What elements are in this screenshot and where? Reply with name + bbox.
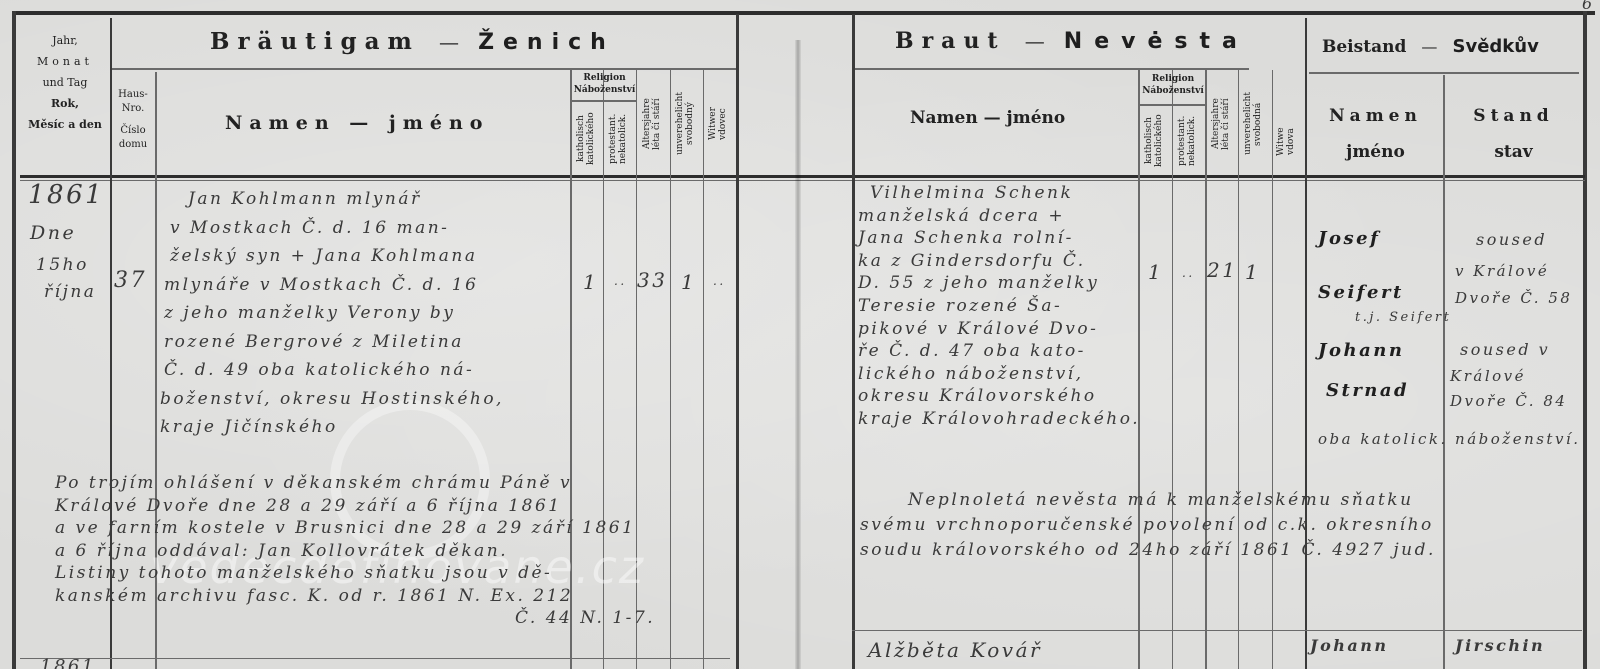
witness-stand-header: Stand stav (1446, 98, 1581, 170)
witness-4-stand: Králové Dvoře Č. 84 (1450, 364, 1580, 414)
register-page: 6 vedecdefinovane.cz Jahr, Monat und Tag… (0, 0, 1600, 669)
entry-year: 1861 (28, 180, 104, 210)
bride-single-mark: 1 (1245, 260, 1260, 284)
entry-day-label: Dne (30, 222, 76, 244)
marriage-notes-right: Neplnoletá nevěsta má k manželskému sňat… (860, 488, 1436, 563)
single-header-bride: unverehelichtsvobodná (1243, 75, 1263, 173)
entry-day: 15ho (36, 255, 89, 275)
age-header-groom: Altersjahreléta či stáří (642, 75, 662, 173)
protestant-header-groom: protestant.nekatolick. (608, 105, 628, 173)
witness-name-header: Namen jméno (1308, 98, 1443, 170)
witness-1-stand: soused (1476, 230, 1547, 249)
entry-month: října (44, 282, 96, 302)
next-entry-year: 1861 (40, 656, 96, 669)
witness-2-stand: v Králové Dvoře Č. 58 (1455, 258, 1580, 312)
house-number-header: Haus- Nro. Číslo domu (112, 88, 154, 152)
single-header-groom: unverehelichtsvobodný (675, 75, 695, 173)
witness-4-name: Strnad (1326, 380, 1409, 401)
bride-title: Braut — Nevėsta (895, 28, 1249, 54)
religion-header-bride: Religion Náboženství (1141, 73, 1205, 97)
bride-name-header: Namen — jméno (910, 108, 1065, 128)
witness-3-stand: soused v (1460, 340, 1550, 359)
groom-details: Jan Kohlmann mlynář v Mostkach Č. d. 16 … (160, 185, 504, 442)
bride-catholic-mark: 1 (1148, 260, 1163, 284)
catholic-header-groom: katholischkatolického (576, 105, 596, 173)
groom-widower-mark: .. (713, 274, 726, 288)
groom-name-header: Namen — jméno (225, 112, 489, 134)
witness-2-name: Seifert (1318, 282, 1404, 303)
frame-top (12, 11, 1595, 15)
book-fold (795, 40, 801, 669)
catholic-header-bride: katholischkatolického (1144, 108, 1164, 173)
witness-3-name: Johann (1318, 340, 1404, 361)
frame-right (1583, 11, 1587, 669)
header-bottom-rule (20, 175, 1585, 178)
next-entry-witness-stand: Jirschin (1455, 636, 1545, 655)
groom-title: Bräutigam — Ženich (210, 28, 615, 55)
frame-left (12, 11, 16, 669)
groom-protestant-mark: .. (614, 274, 627, 288)
religion-header-groom: Religion Náboženství (573, 72, 636, 96)
witness-title: Beistand — Svědkův (1322, 36, 1539, 57)
bride-age: 21 (1207, 258, 1237, 282)
groom-age: 33 (637, 268, 667, 292)
witness-2-note: t.j. Seifert (1355, 310, 1451, 325)
witness-1-name: Josef (1318, 228, 1380, 249)
age-header-bride: Altersjahreléta či stáří (1211, 75, 1231, 173)
groom-catholic-mark: 1 (583, 270, 598, 294)
next-entry-witness-name: Johann (1310, 636, 1389, 655)
widow-header: Witwevdova (1276, 110, 1296, 173)
widower-header: Witwervdovec (708, 75, 728, 173)
date-column-header: Jahr, Monat und Tag Rok, Měsíc a den (20, 30, 110, 135)
groom-single-mark: 1 (681, 270, 696, 294)
bride-protestant-mark: .. (1182, 266, 1195, 280)
protestant-header-bride: protestant.nekatolick. (1177, 108, 1197, 173)
next-entry-bride-name: Alžběta Kovář (868, 638, 1042, 662)
witness-footer: oba katolick. náboženství. (1318, 430, 1581, 448)
bride-details: Vilhelmina Schenk manželská dcera + Jana… (858, 182, 1140, 431)
entry-house-number: 37 (114, 268, 147, 293)
marriage-notes-left: Po trojím ohlášení v děkanském chrámu Pá… (55, 472, 655, 630)
